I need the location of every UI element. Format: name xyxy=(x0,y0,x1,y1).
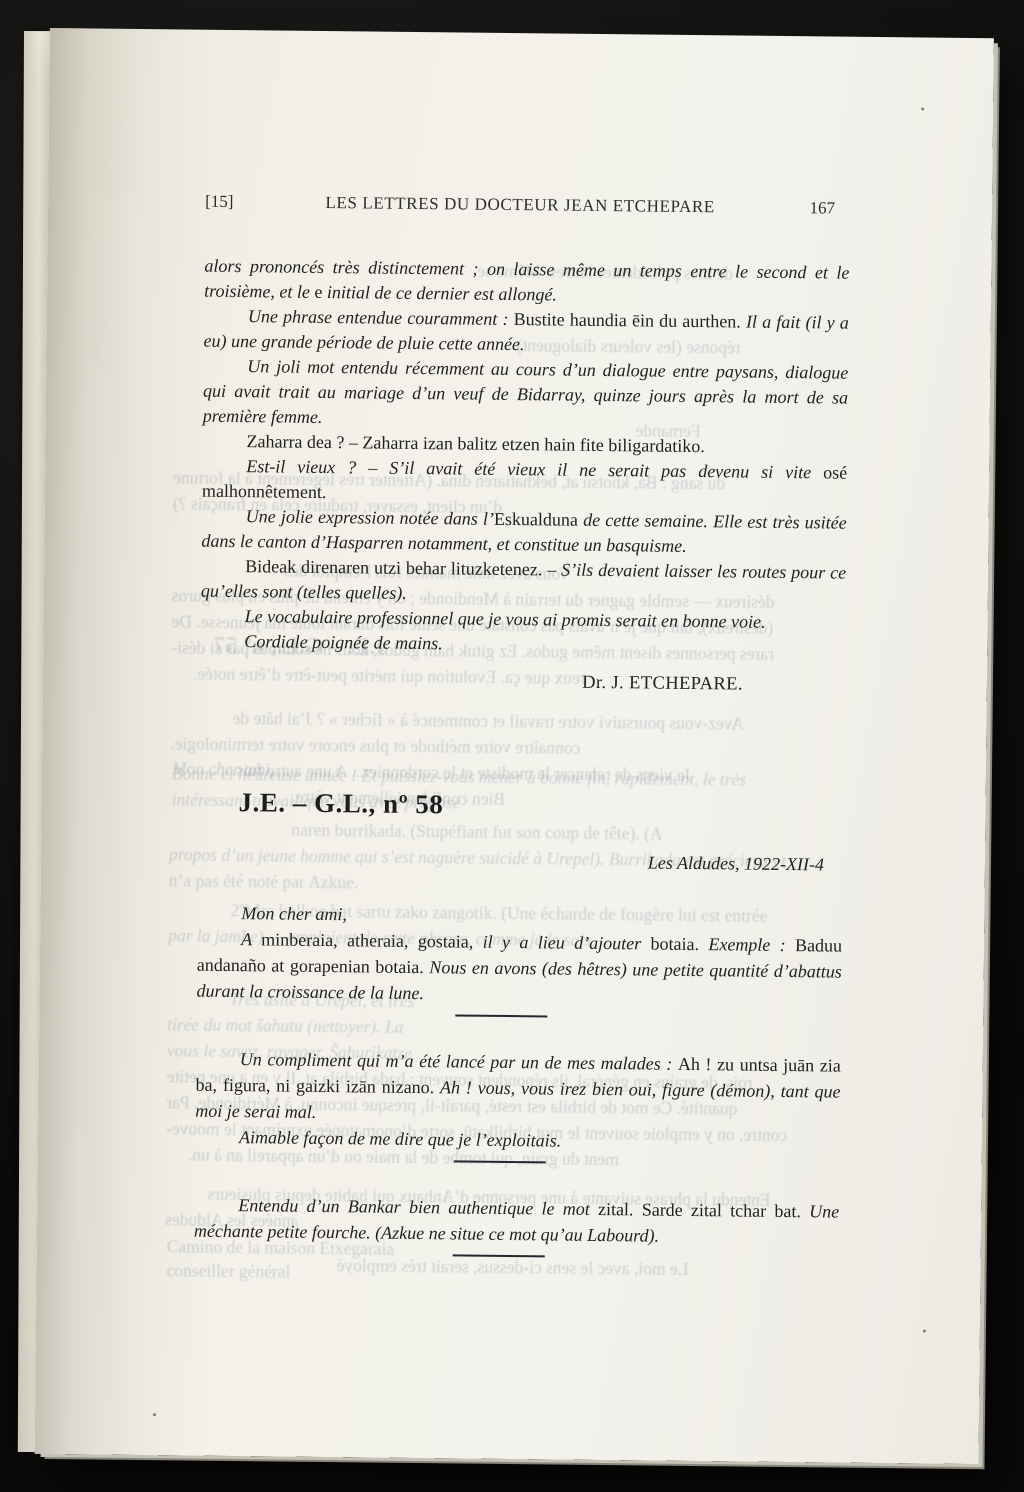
roman-run: zital. Sarde zital tchar bat. xyxy=(598,1199,809,1221)
roman-run: Eskualduna xyxy=(494,509,583,530)
paragraph: Un compliment qui m’a été lancé par un d… xyxy=(195,1046,841,1131)
italic-run: Aimable façon de me dire que je l’exploi… xyxy=(239,1127,561,1150)
paragraph: A minberaia, atheraia, gostaia, il y a l… xyxy=(196,926,842,1011)
paragraph: Aimable façon de me dire que je l’exploi… xyxy=(195,1124,840,1157)
header-title: LES LETTRES DU DOCTEUR JEAN ETCHEPARE xyxy=(325,193,715,217)
paragraph: Entendu d’un Bankar bien authentique le … xyxy=(194,1192,840,1251)
italic-run: Un joli mot entendu récemment au cours d… xyxy=(203,356,849,427)
italic-run: il y a lieu d’ajouter xyxy=(483,932,651,954)
italic-run: Une phrase entendue couramment : xyxy=(248,306,514,329)
italic-run: Un compliment qui m’a été lancé par un d… xyxy=(240,1049,678,1074)
paragraph: Une phrase entendue couramment : Bustite… xyxy=(203,304,849,361)
paragraph: alors prononcés très distinctement ; on … xyxy=(204,254,850,311)
letter-58-heading: J.E. – G.L., nº 58 xyxy=(238,787,443,820)
book-photo: de mes précédentes lettres. Même serépon… xyxy=(0,0,1024,1492)
bleedthrough-text: connaître votre méthode et plus encore v… xyxy=(170,731,580,759)
roman-run: botaia. xyxy=(650,934,708,955)
separator-rule xyxy=(453,1160,545,1163)
dust-speck xyxy=(923,1330,926,1333)
bleedthrough-text: n’a pas été noté par Azkue. xyxy=(169,868,359,894)
letter-ending-body: alors prononcés très distinctement ; on … xyxy=(200,254,849,661)
italic-run: Mon cher ami, xyxy=(241,903,347,924)
header-page-number: 167 xyxy=(809,198,835,218)
italic-run: Le vocabulaire professionnel que je vous… xyxy=(245,606,766,632)
letter-58-dateline: Les Aldudes, 1922-XII-4 xyxy=(198,848,824,876)
bleedthrough-text: naren burrikada. (Stupéfiant fut son cou… xyxy=(291,818,663,846)
italic-run: Exemple : xyxy=(708,934,795,955)
paragraph: Une jolie expression notée dans l’Eskual… xyxy=(201,504,847,561)
paragraph: Est-il vieux ? – S’il avait été vieux il… xyxy=(202,454,848,511)
separator-rule xyxy=(452,1254,544,1257)
bleedthrough-text: Avez-vous poursuivi votre travail et com… xyxy=(232,706,744,736)
italic-run: Une jolie expression notée dans l’ xyxy=(246,506,494,529)
roman-run: Bideak direnaren utzi behar lituzketenez… xyxy=(245,556,547,579)
italic-run: initial de ce dernier est allongé. xyxy=(322,282,557,305)
paragraph: Bideak direnaren utzi behar lituzketenez… xyxy=(201,554,847,611)
roman-run: minberaia, atheraia, gostaia, xyxy=(261,929,483,951)
roman-run: Bustite haundia ēin du aurthen. xyxy=(514,309,747,332)
book-page: de mes précédentes lettres. Même serépon… xyxy=(35,28,994,1464)
italic-run: Cordiale poignée de mains. xyxy=(244,631,443,653)
page-header: [15] LES LETTRES DU DOCTEUR JEAN ETCHEPA… xyxy=(205,192,835,223)
italic-run: A xyxy=(241,929,261,949)
separator-rule xyxy=(455,1014,547,1017)
letter-58-body: Mon cher ami,A minberaia, atheraia, gost… xyxy=(193,900,842,1293)
paragraph: Un joli mot entendu récemment au cours d… xyxy=(203,354,849,436)
dust-speck xyxy=(153,1413,156,1416)
italic-run: Entendu d’un Bankar bien authentique le … xyxy=(238,1195,598,1219)
bleedthrough-text: Mon cher ami, xyxy=(172,756,275,781)
dust-speck xyxy=(921,107,924,110)
header-bracket-number: [15] xyxy=(205,192,234,212)
italic-run: Est-il vieux ? – S’il avait été vieux il… xyxy=(246,456,823,482)
signature: Dr. J. ETCHEPARE. xyxy=(200,669,743,696)
roman-run: Zaharra dea ? – Zaharra izan balitz etze… xyxy=(246,431,704,456)
bleedthrough-text: Je viens de relancer la modiste et le co… xyxy=(232,758,692,787)
